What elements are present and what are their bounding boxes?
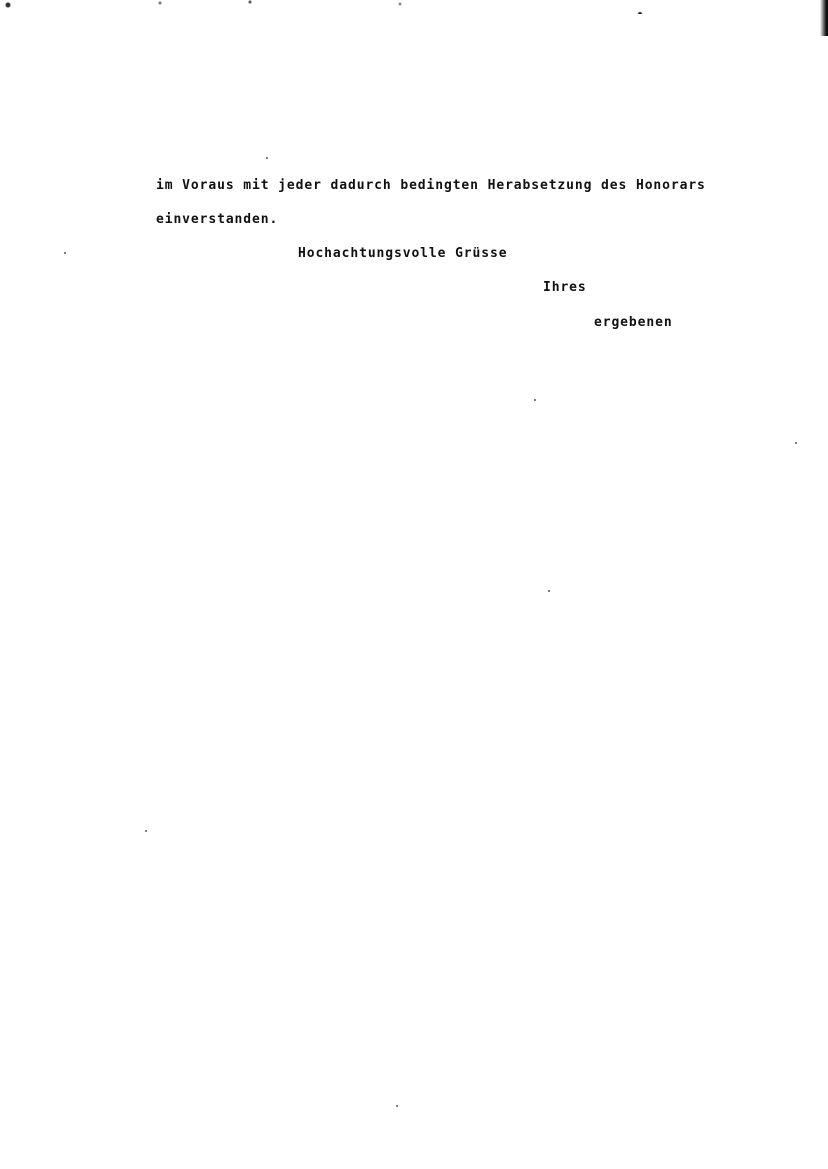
scan-noise-top <box>0 0 828 14</box>
scan-speck <box>534 399 536 401</box>
scanned-letter-page: im Voraus mit jeder dadurch bedingten He… <box>0 0 828 1169</box>
body-text-line-1: im Voraus mit jeder dadurch bedingten He… <box>156 178 706 194</box>
scan-speck <box>795 442 797 444</box>
scan-speck <box>548 590 550 592</box>
scan-shadow-right-edge <box>820 0 828 36</box>
scan-speck <box>64 252 66 254</box>
scan-speck <box>145 830 147 832</box>
closing-devoted: ergebenen <box>594 315 673 331</box>
body-text-line-2: einverstanden. <box>156 212 278 228</box>
closing-salutation: Hochachtungsvolle Grüsse <box>298 246 507 262</box>
closing-yours: Ihres <box>543 280 587 296</box>
scan-speck <box>266 157 268 159</box>
scan-speck <box>396 1105 398 1107</box>
